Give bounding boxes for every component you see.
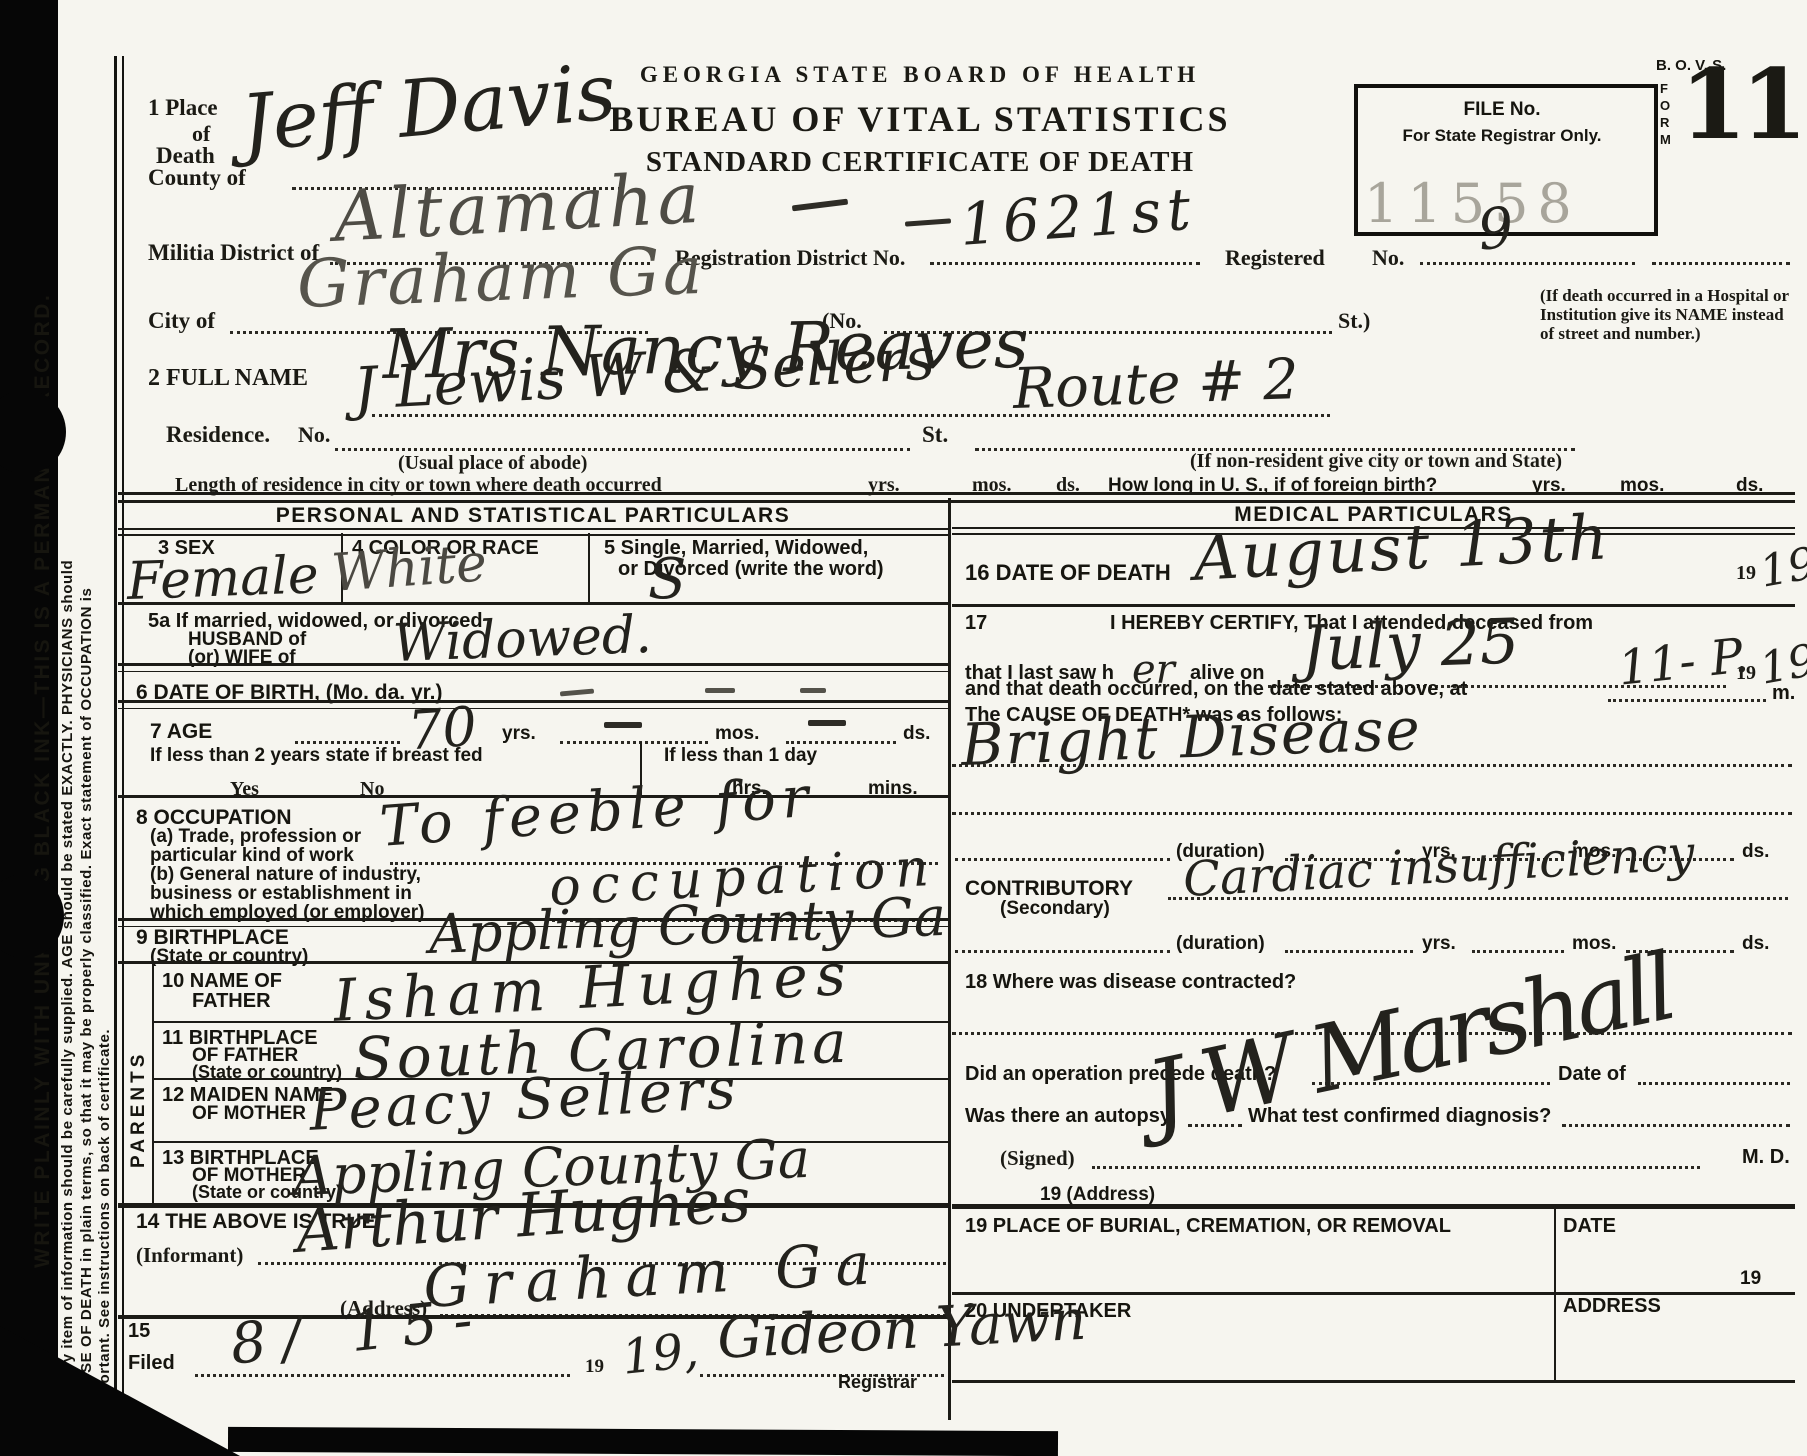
age-ds-dash xyxy=(808,720,846,726)
registered-label: Registered xyxy=(1225,245,1325,271)
lastsaw-date-handwriting: July 25 xyxy=(1300,610,1520,680)
registration-district-handwriting: 1621st xyxy=(958,179,1198,253)
age-ds-label: ds. xyxy=(903,723,930,745)
registrar-signature: Gideon Yawn xyxy=(716,1293,1088,1368)
registered-line-2 xyxy=(1652,258,1790,265)
cause-of-death-handwriting: Bright Disease xyxy=(960,700,1423,774)
margin-note-nb-line1: N. B.—Every item of information should b… xyxy=(59,560,76,1450)
file-no-label: FILE No. xyxy=(1358,99,1646,121)
filed-year-pre: 19 xyxy=(585,1356,604,1378)
board-title: GEORGIA STATE BOARD OF HEALTH xyxy=(600,62,1240,88)
residence-label: Residence. xyxy=(166,422,270,448)
burial-label: 19 PLACE OF BURIAL, CREMATION, OR REMOVA… xyxy=(965,1215,1451,1238)
filed-date-handwriting: 8/ 15- xyxy=(228,1291,491,1374)
marital-handwriting: S xyxy=(648,552,686,608)
dod-year-handwriting: 19. xyxy=(1757,539,1807,594)
street-label: St.) xyxy=(1338,308,1370,334)
undertaker-address-divider xyxy=(1554,1292,1556,1380)
duration2-yrs-label: yrs. xyxy=(1422,933,1456,955)
form-vertical-label: F O R M xyxy=(1660,80,1671,148)
undertaker-row-bottom xyxy=(952,1380,1795,1383)
sex-handwriting: Female xyxy=(126,549,319,608)
scan-bottom-band xyxy=(228,1427,1058,1456)
column-divider xyxy=(948,498,951,1420)
handwritten-dash-above-registration xyxy=(905,218,951,226)
form-left-border xyxy=(114,56,124,1456)
registered-number-handwriting: 9 xyxy=(1475,200,1516,259)
dod-year-pre: 19 xyxy=(1736,562,1756,585)
filed-year-handwriting: 19, xyxy=(620,1326,701,1382)
certify-number-label: 17 xyxy=(965,612,987,635)
date-of-death-label: 16 DATE OF DEATH xyxy=(965,560,1171,586)
test-line xyxy=(1562,1120,1790,1127)
undertaker-address-label: ADDRESS xyxy=(1563,1295,1661,1318)
operation-dateof-label: Date of xyxy=(1558,1063,1626,1086)
age-mos-dash xyxy=(604,722,642,728)
age-mos-label: mos. xyxy=(715,723,759,745)
duration1-ds-label: ds. xyxy=(1742,841,1769,863)
hospital-note: (If death occurred in a Hospital or Inst… xyxy=(1540,286,1792,343)
registration-district-line xyxy=(930,258,1200,265)
dob-row-bottom xyxy=(118,700,948,709)
registration-district-label: Registration District No. xyxy=(675,245,905,271)
date-of-death-handwriting: August 13th xyxy=(1192,506,1612,590)
city-label: City of xyxy=(148,308,215,334)
father-name-label-2: FATHER xyxy=(192,990,271,1013)
burial-date-year: 19 xyxy=(1740,1268,1761,1290)
burial-date-label: DATE xyxy=(1563,1215,1616,1238)
race-handwriting: White xyxy=(330,537,488,600)
dob-dash-2 xyxy=(705,688,735,693)
place-label-1: 1 Place xyxy=(148,95,218,121)
sex-row-bottom xyxy=(118,602,948,605)
age-yrs-label: yrs. xyxy=(502,723,536,745)
duration1-lead-line xyxy=(955,854,1170,861)
address19-label: 19 (Address) xyxy=(1040,1184,1155,1206)
age-mos-line xyxy=(560,737,708,744)
occupation-a-handwriting: To feeble for xyxy=(378,770,816,856)
race-marital-divider xyxy=(588,533,590,603)
signed-label: (Signed) xyxy=(1000,1146,1075,1171)
duration2-yrs-line xyxy=(1285,946,1413,953)
death-hour-line xyxy=(1608,695,1766,702)
city-handwriting: Graham Ga xyxy=(296,238,706,318)
registrar-label: Registrar xyxy=(838,1372,917,1393)
widowed-handwriting: Widowed. xyxy=(392,609,653,670)
cause-line-2 xyxy=(952,808,1792,815)
lessday-label: If less than 1 day xyxy=(664,745,817,767)
personal-title-rule xyxy=(118,528,948,536)
abode-label: (Usual place of abode) xyxy=(398,452,587,475)
personal-section-title: PERSONAL AND STATISTICAL PARTICULARS xyxy=(118,504,948,528)
file-number-stamp: 11558 xyxy=(1364,172,1581,235)
residence-st-label: St. xyxy=(922,422,948,448)
filed-label: Filed xyxy=(128,1352,175,1375)
age-ds-line xyxy=(786,737,896,744)
disease-contracted-label: 18 Where was disease contracted? xyxy=(965,971,1296,994)
county-handwriting: Jeff Davis xyxy=(238,53,619,163)
residence-no-label: No. xyxy=(298,422,330,448)
autopsy-label: Was there an autopsy xyxy=(965,1105,1171,1128)
death-certificate-scan: WRITE PLAINLY WITH UNFADING BLACK INK—TH… xyxy=(0,0,1807,1456)
informant-label: (Informant) xyxy=(136,1243,243,1268)
bureau-title: BUREAU OF VITAL STATISTICS xyxy=(600,98,1240,140)
margin-note-nb-line2: state CAUSE OF DEATH in plain terms, so … xyxy=(78,588,95,1450)
secondary-label: (Secondary) xyxy=(1000,898,1110,920)
militia-district-label: Militia District of xyxy=(148,240,319,266)
burial-section-top xyxy=(952,1204,1795,1209)
widowed-row-bottom xyxy=(118,663,948,672)
duration2-ds-label: ds. xyxy=(1742,933,1769,955)
place-label-4: County of xyxy=(148,165,246,191)
form-number: 11 xyxy=(1680,48,1802,161)
parents-label: PARENTS xyxy=(128,1051,150,1168)
parents-bracket-line xyxy=(152,961,154,1206)
filed-number-label: 15 xyxy=(128,1320,150,1343)
md-label: M. D. xyxy=(1742,1146,1790,1169)
full-name-label: 2 FULL NAME xyxy=(148,365,308,392)
handwritten-dash-under-title xyxy=(792,199,848,212)
death-hour-handwriting: 11- P. xyxy=(1616,631,1751,692)
dob-dash-1 xyxy=(560,689,594,697)
registered-no-label: No. xyxy=(1372,245,1404,271)
lastsaw-year-handwriting: 19. xyxy=(1757,636,1807,691)
dob-dash-3 xyxy=(800,688,826,693)
duration2-label: (duration) xyxy=(1176,933,1265,955)
age-yrs-line xyxy=(295,737,400,744)
operation-date-line xyxy=(1638,1078,1790,1085)
file-registrar-only-label: For State Registrar Only. xyxy=(1358,126,1646,146)
age-label: 7 AGE xyxy=(150,720,212,744)
signed-line xyxy=(1092,1162,1700,1169)
birthplace-soc-label: (State or country) xyxy=(150,946,308,968)
dod-row-bottom xyxy=(952,604,1795,607)
duration2-mos-line xyxy=(1472,946,1564,953)
nonresident-label: (If non-resident give city or town and S… xyxy=(1190,450,1562,473)
main-divider-rule xyxy=(118,492,1795,503)
mother-name-label-2: OF MOTHER xyxy=(192,1103,306,1125)
residence-line xyxy=(335,444,910,451)
burial-date-divider xyxy=(1554,1204,1556,1292)
registered-line-1 xyxy=(1420,258,1635,265)
duration2-lead-line xyxy=(955,946,1170,953)
residence-street-handwriting: Route # 2 xyxy=(1012,352,1300,418)
marital-label-1: 5 Single, Married, Widowed, xyxy=(604,537,868,560)
breastfed-label: If less than 2 years state if breast fed xyxy=(150,745,483,767)
